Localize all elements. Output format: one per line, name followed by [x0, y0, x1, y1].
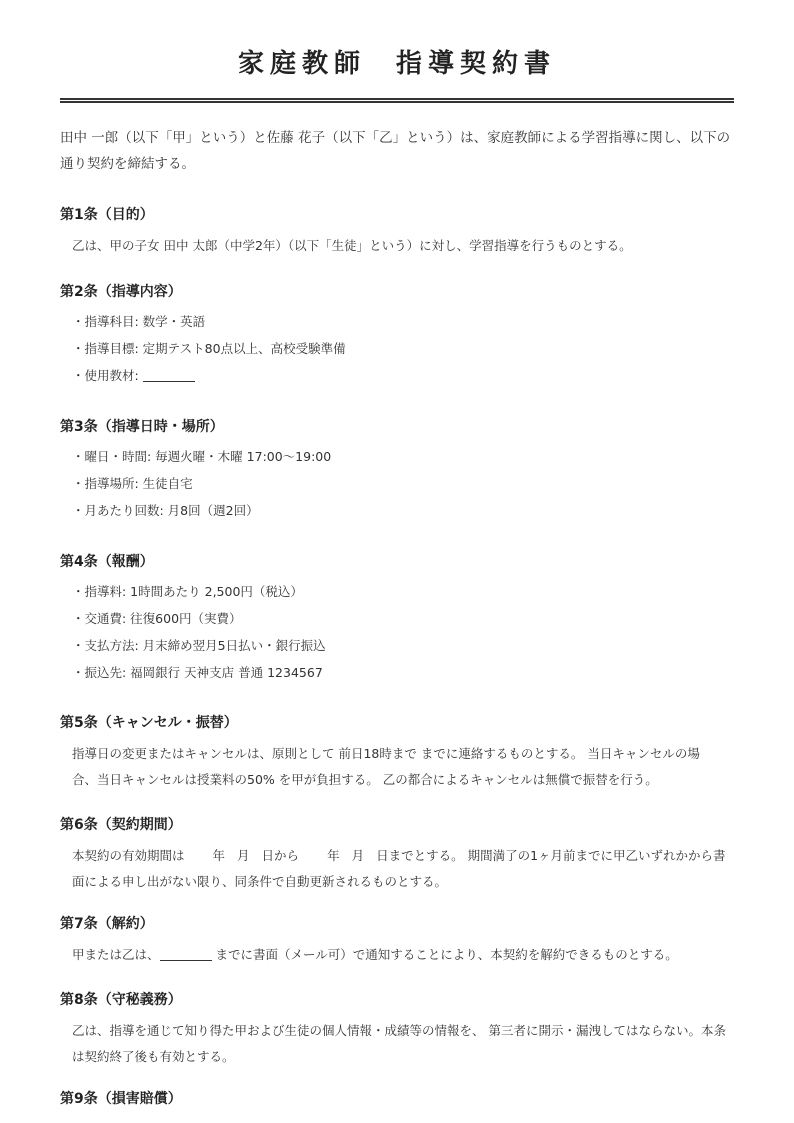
article-heading: 第8条（守秘義務）	[60, 990, 734, 1010]
notice-period-blank	[160, 946, 212, 961]
article-heading: 第5条（キャンセル・振替）	[60, 713, 734, 733]
article-item-list: ・指導科目: 数学・英語 ・指導目標: 定期テスト80点以上、高校受験準備 ・使…	[72, 308, 734, 389]
article-item-list: ・曜日・時間: 毎週火曜・木曜 17:00〜19:00 ・指導場所: 生徒自宅 …	[72, 443, 734, 524]
article-heading: 第7条（解約）	[60, 914, 734, 934]
article-item-list: ・指導料: 1時間あたり 2,500円（税込） ・交通費: 往復600円（実費）…	[72, 578, 734, 686]
list-item: ・指導場所: 生徒自宅	[72, 470, 734, 497]
end-day-label: 日までとする。	[376, 848, 464, 863]
article-heading: 第1条（目的）	[60, 205, 734, 225]
end-month-label: 月	[352, 848, 365, 863]
contract-page: 家庭教師 指導契約書 田中 一郎（以下「甲」という）と佐藤 花子（以下「乙」とい…	[60, 0, 734, 84]
list-item: ・指導目標: 定期テスト80点以上、高校受験準備	[72, 335, 734, 362]
article-heading: 第4条（報酬）	[60, 552, 734, 572]
list-item-label: ・使用教材:	[72, 368, 143, 383]
article-body: 指導日の変更またはキャンセルは、原則として 前日18時まで までに連絡するものと…	[72, 741, 722, 793]
document-title: 家庭教師 指導契約書	[60, 0, 734, 84]
article-8: 第8条（守秘義務） 乙は、指導を通じて知り得た甲および生徒の個人情報・成績等の情…	[60, 990, 734, 1070]
period-text: 本契約の有効期間は	[72, 848, 185, 863]
list-item: ・月あたり回数: 月8回（週2回）	[72, 497, 734, 524]
article-6: 第6条（契約期間） 本契約の有効期間は年月日から年月日までとする。 期間満了の1…	[60, 815, 734, 895]
article-body: 乙は、甲の子女 田中 太郎（中学2年）（以下「生徒」という）に対し、学習指導を行…	[72, 233, 734, 259]
article-heading: 第2条（指導内容）	[60, 282, 734, 302]
teaching-material-blank	[143, 367, 195, 382]
list-item: ・支払方法: 月末締め翌月5日払い・銀行振込	[72, 632, 734, 659]
article-body: 本契約の有効期間は年月日から年月日までとする。 期間満了の1ヶ月前までに甲乙いず…	[72, 843, 732, 895]
termination-text-end: までに書面（メール可）で通知することにより、本契約を解約できるものとする。	[212, 947, 678, 962]
article-2: 第2条（指導内容） ・指導科目: 数学・英語 ・指導目標: 定期テスト80点以上…	[60, 282, 734, 389]
article-heading: 第6条（契約期間）	[60, 815, 734, 835]
article-4: 第4条（報酬） ・指導料: 1時間あたり 2,500円（税込） ・交通費: 往復…	[60, 552, 734, 686]
list-item: ・指導料: 1時間あたり 2,500円（税込）	[72, 578, 734, 605]
intro-paragraph: 田中 一郎（以下「甲」という）と佐藤 花子（以下「乙」という）は、家庭教師による…	[60, 125, 734, 177]
article-7: 第7条（解約） 甲または乙は、 までに書面（メール可）で通知することにより、本契…	[60, 914, 734, 968]
start-month-label: 月	[237, 848, 250, 863]
article-body: 甲または乙は、 までに書面（メール可）で通知することにより、本契約を解約できるも…	[72, 942, 734, 968]
article-9: 第9条（損害賠償）	[60, 1089, 734, 1109]
list-item: ・使用教材:	[72, 362, 734, 389]
start-year-label: 年	[213, 848, 226, 863]
article-heading: 第9条（損害賠償）	[60, 1089, 734, 1109]
title-double-rule	[60, 98, 734, 103]
article-heading: 第3条（指導日時・場所）	[60, 417, 734, 437]
article-1: 第1条（目的） 乙は、甲の子女 田中 太郎（中学2年）（以下「生徒」という）に対…	[60, 205, 734, 259]
article-5: 第5条（キャンセル・振替） 指導日の変更またはキャンセルは、原則として 前日18…	[60, 713, 734, 793]
list-item: ・交通費: 往復600円（実費）	[72, 605, 734, 632]
termination-text-start: 甲または乙は、	[72, 947, 160, 962]
article-3: 第3条（指導日時・場所） ・曜日・時間: 毎週火曜・木曜 17:00〜19:00…	[60, 417, 734, 524]
start-day-label: 日から	[262, 848, 300, 863]
article-body: 乙は、指導を通じて知り得た甲および生徒の個人情報・成績等の情報を、 第三者に開示…	[72, 1018, 732, 1070]
list-item: ・振込先: 福岡銀行 天神支店 普通 1234567	[72, 659, 734, 686]
list-item: ・指導科目: 数学・英語	[72, 308, 734, 335]
list-item: ・曜日・時間: 毎週火曜・木曜 17:00〜19:00	[72, 443, 734, 470]
end-year-label: 年	[327, 848, 340, 863]
